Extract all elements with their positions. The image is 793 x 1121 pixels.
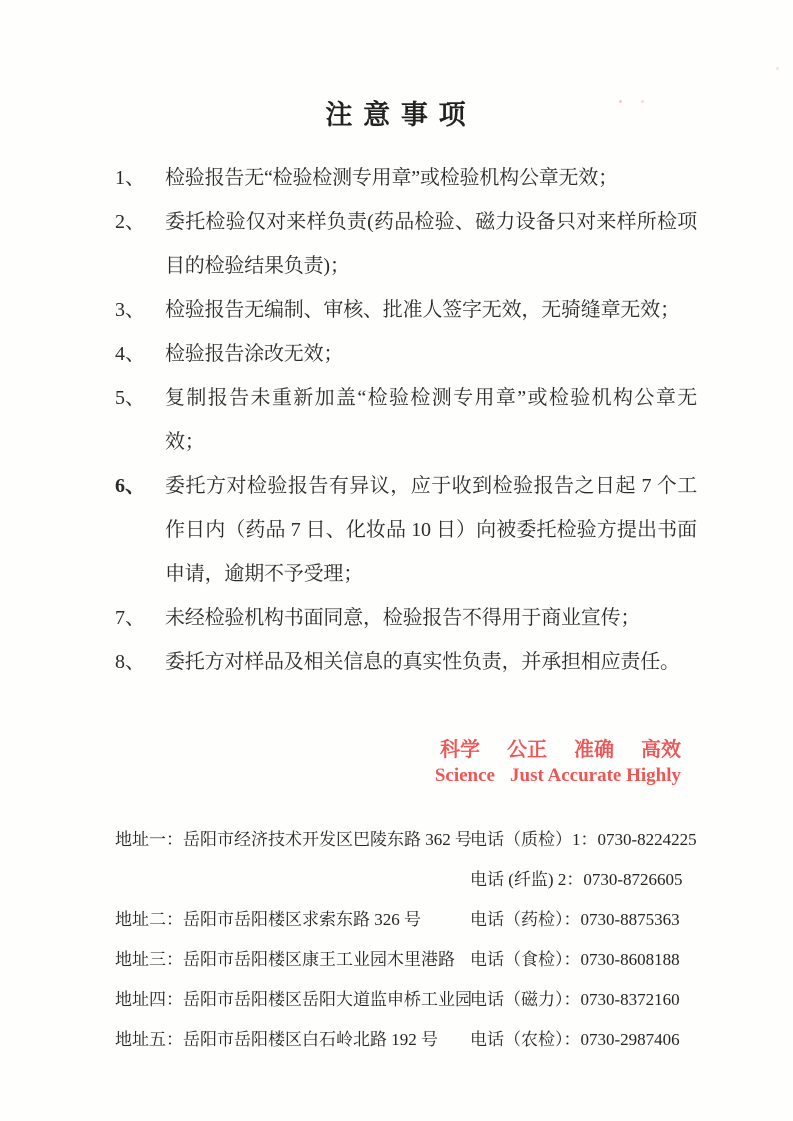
slogan-word: 科学 (440, 737, 480, 763)
slogan-word: 准确 (574, 737, 614, 763)
note-text: 未经检验机构书面同意，检验报告不得用于商业宣传； (165, 596, 697, 640)
phone-text: 电话（食检）：0730-8608188 (470, 940, 793, 980)
note-text: 委托检验仅对来样负责(药品检验、磁力设备只对来样所检项目的检验结果负责)； (165, 200, 697, 288)
note-number: 7、 (115, 596, 165, 640)
note-number: 2、 (115, 200, 165, 288)
contact-row: 地址四：岳阳市岳阳楼区岳阳大道监申桥工业园 电话（磁力）：0730-837216… (115, 980, 793, 1020)
scan-speck (776, 67, 779, 70)
slogan-word: 公正 (507, 737, 547, 763)
slogan-word: Science (435, 763, 495, 789)
slogan-chinese: 科学 公正 准确 高效 (0, 737, 681, 763)
note-item: 3、 检验报告无编制、审核、批准人签字无效，无骑缝章无效； (115, 288, 697, 332)
contact-row: 地址一：岳阳市经济技术开发区巴陵东路 362 号 电话（质检）1：0730-82… (115, 820, 793, 860)
note-item: 8、 委托方对样品及相关信息的真实性负责，并承担相应责任。 (115, 640, 697, 684)
address-text: 地址四：岳阳市岳阳楼区岳阳大道监申桥工业园 (115, 980, 470, 1020)
note-item: 5、 复制报告未重新加盖“检验检测专用章”或检验机构公章无效； (115, 376, 697, 464)
slogan-word: 高效 (641, 737, 681, 763)
note-number: 1、 (115, 156, 165, 200)
address-text: 地址一：岳阳市经济技术开发区巴陵东路 362 号 (115, 820, 470, 860)
notes-list: 1、 检验报告无“检验检测专用章”或检验机构公章无效； 2、 委托检验仅对来样负… (115, 156, 697, 684)
note-text: 委托方对样品及相关信息的真实性负责，并承担相应责任。 (165, 640, 697, 684)
contact-row: 地址二：岳阳市岳阳楼区求索东路 326 号 电话（药检）：0730-887536… (115, 900, 793, 940)
phone-text: 电话（药检）：0730-8875363 (470, 900, 793, 940)
scan-speck (641, 100, 644, 103)
address-text: 地址二：岳阳市岳阳楼区求索东路 326 号 (115, 900, 470, 940)
phone-text: 电话 (纤监) 2：0730-8726605 (470, 860, 793, 900)
scan-speck (619, 100, 622, 103)
note-number: 5、 (115, 376, 165, 464)
address-text: 地址五：岳阳市岳阳楼区白石岭北路 192 号 (115, 1020, 470, 1060)
note-item: 6、 委托方对检验报告有异议，应于收到检验报告之日起 7 个工作日内（药品 7 … (115, 464, 697, 596)
note-number: 6、 (115, 464, 165, 596)
contact-row: 地址三：岳阳市岳阳楼区康王工业园木里港路 电话（食检）：0730-8608188 (115, 940, 793, 980)
page-title: 注 意 事 项 (0, 0, 793, 133)
note-text: 检验报告无“检验检测专用章”或检验机构公章无效； (165, 156, 697, 200)
note-item: 2、 委托检验仅对来样负责(药品检验、磁力设备只对来样所检项目的检验结果负责)； (115, 200, 697, 288)
note-text: 检验报告无编制、审核、批准人签字无效，无骑缝章无效； (165, 288, 697, 332)
note-number: 3、 (115, 288, 165, 332)
note-text: 复制报告未重新加盖“检验检测专用章”或检验机构公章无效； (165, 376, 697, 464)
contact-section: 地址一：岳阳市经济技术开发区巴陵东路 362 号 电话（质检）1：0730-82… (115, 820, 793, 1060)
phone-text: 电话（质检）1：0730-8224225 (470, 820, 793, 860)
slogan-block: 科学 公正 准确 高效 Science Just Accurate Highly (0, 737, 681, 789)
phone-text: 电话（磁力）：0730-8372160 (470, 980, 793, 1020)
note-item: 7、 未经检验机构书面同意，检验报告不得用于商业宣传； (115, 596, 697, 640)
phone-text: 电话（农检）：0730-2987406 (470, 1020, 793, 1060)
note-item: 4、 检验报告涂改无效； (115, 332, 697, 376)
slogan-english: Science Just Accurate Highly (0, 763, 681, 789)
note-item: 1、 检验报告无“检验检测专用章”或检验机构公章无效； (115, 156, 697, 200)
note-number: 8、 (115, 640, 165, 684)
document-page: 注 意 事 项 1、 检验报告无“检验检测专用章”或检验机构公章无效； 2、 委… (0, 0, 793, 1121)
note-number: 4、 (115, 332, 165, 376)
slogan-word: Just Accurate Highly (510, 763, 681, 789)
note-text: 委托方对检验报告有异议，应于收到检验报告之日起 7 个工作日内（药品 7 日、化… (165, 464, 697, 596)
address-text (115, 860, 470, 900)
contact-row: 电话 (纤监) 2：0730-8726605 (115, 860, 793, 900)
address-text: 地址三：岳阳市岳阳楼区康王工业园木里港路 (115, 940, 470, 980)
contact-row: 地址五：岳阳市岳阳楼区白石岭北路 192 号 电话（农检）：0730-29874… (115, 1020, 793, 1060)
note-text: 检验报告涂改无效； (165, 332, 697, 376)
